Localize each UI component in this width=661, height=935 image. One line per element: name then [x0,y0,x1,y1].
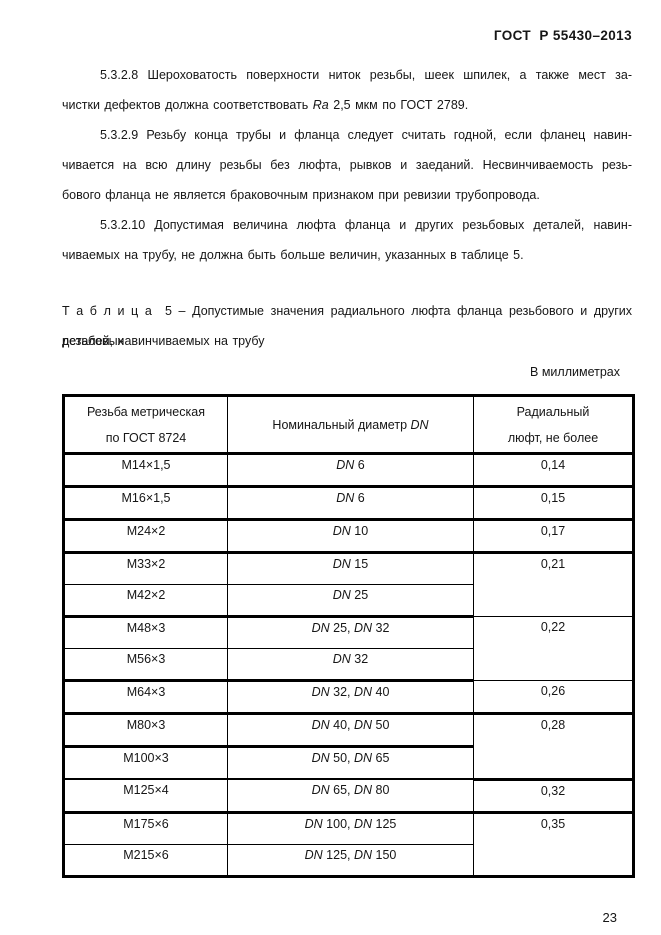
paragraph: 5.3.2.10 Допустимая величина люфта фланц… [62,210,632,270]
table-header-row: Резьба метрическаяпо ГОСТ 8724Номинальны… [64,396,634,454]
thread-cell: М125×4 [64,779,228,812]
paragraph-line: 5.3.2.9 Резьбу конца трубы и фланца след… [62,120,632,150]
document-header-standard-number: ГОСТ Р 55430–2013 [62,0,632,43]
dn-cell: DN 50, DN 65 [228,747,474,780]
luft-cell: 0,14 [474,454,634,487]
units-note: В миллиметрах [62,363,632,381]
table-row: М64×3DN 32, DN 400,26 [64,681,634,714]
luft-cell: 0,35 [474,812,634,876]
dn-cell: DN 15 [228,553,474,585]
column-header-luft: Радиальныйлюфт, не более [474,396,634,454]
paragraph-line: чистки дефектов должна соответствовать R… [62,90,632,120]
thread-cell: М80×3 [64,714,228,747]
table-row: М48×3DN 25, DN 320,22 [64,617,634,649]
luft-cell: 0,26 [474,681,634,714]
dn-cell: DN 125, DN 150 [228,844,474,876]
luft-cell: 0,32 [474,779,634,812]
paragraph-line: 5.3.2.8 Шероховатость поверхности ниток … [62,60,632,90]
column-header-thread: Резьба метрическаяпо ГОСТ 8724 [64,396,228,454]
luft-cell: 0,22 [474,617,634,681]
column-header-dn: Номинальный диаметр DN [228,396,474,454]
thread-cell: М100×3 [64,747,228,780]
dn-cell: DN 25, DN 32 [228,617,474,649]
dn-cell: DN 6 [228,454,474,487]
thread-cell: М42×2 [64,585,228,617]
table-row: М125×4DN 65, DN 800,32 [64,779,634,812]
paragraph: 5.3.2.8 Шероховатость поверхности ниток … [62,60,632,120]
table-row: М80×3DN 40, DN 500,28 [64,714,634,747]
dn-cell: DN 10 [228,520,474,553]
dn-cell: DN 40, DN 50 [228,714,474,747]
dn-cell: DN 65, DN 80 [228,779,474,812]
table-caption: Т а б л и ц а 5 – Допустимые значения ра… [62,296,632,356]
table-body: М14×1,5DN 60,14М16×1,5DN 60,15М24×2DN 10… [64,454,634,877]
tolerance-table: Резьба метрическаяпо ГОСТ 8724Номинальны… [62,394,635,878]
page-number: 23 [62,910,632,926]
paragraph-line: бового фланца не является браковочным пр… [62,180,632,210]
luft-cell: 0,17 [474,520,634,553]
document-page: ГОСТ Р 55430–2013 5.3.2.8 Шероховатость … [0,0,661,935]
body-paragraphs: 5.3.2.8 Шероховатость поверхности ниток … [62,60,632,270]
thread-cell: М16×1,5 [64,487,228,520]
dn-cell: DN 32 [228,649,474,681]
thread-cell: М64×3 [64,681,228,714]
paragraph-line: 5.3.2.10 Допустимая величина люфта фланц… [62,210,632,240]
thread-cell: М175×6 [64,812,228,844]
paragraph: 5.3.2.9 Резьбу конца трубы и фланца след… [62,120,632,210]
table-row: М14×1,5DN 60,14 [64,454,634,487]
table-row: М16×1,5DN 60,15 [64,487,634,520]
dn-cell: DN 6 [228,487,474,520]
thread-cell: М14×1,5 [64,454,228,487]
table-row: М24×2DN 100,17 [64,520,634,553]
thread-cell: М48×3 [64,617,228,649]
paragraph-line: чиваемых на трубу, не должна быть больше… [62,240,632,270]
dn-cell: DN 100, DN 125 [228,812,474,844]
luft-cell: 0,28 [474,714,634,780]
table-caption-line-2: деталей, навинчиваемых на трубу [62,326,632,356]
dn-cell: DN 25 [228,585,474,617]
luft-cell: 0,21 [474,553,634,617]
thread-cell: М56×3 [64,649,228,681]
thread-cell: М24×2 [64,520,228,553]
thread-cell: М33×2 [64,553,228,585]
luft-cell: 0,15 [474,487,634,520]
table-row: М175×6DN 100, DN 1250,35 [64,812,634,844]
table-row: М33×2DN 150,21 [64,553,634,585]
paragraph-line: чивается на всю длину резьбы без люфта, … [62,150,632,180]
thread-cell: М215×6 [64,844,228,876]
table-caption-line-1: Т а б л и ц а 5 – Допустимые значения ра… [62,296,632,326]
dn-cell: DN 32, DN 40 [228,681,474,714]
